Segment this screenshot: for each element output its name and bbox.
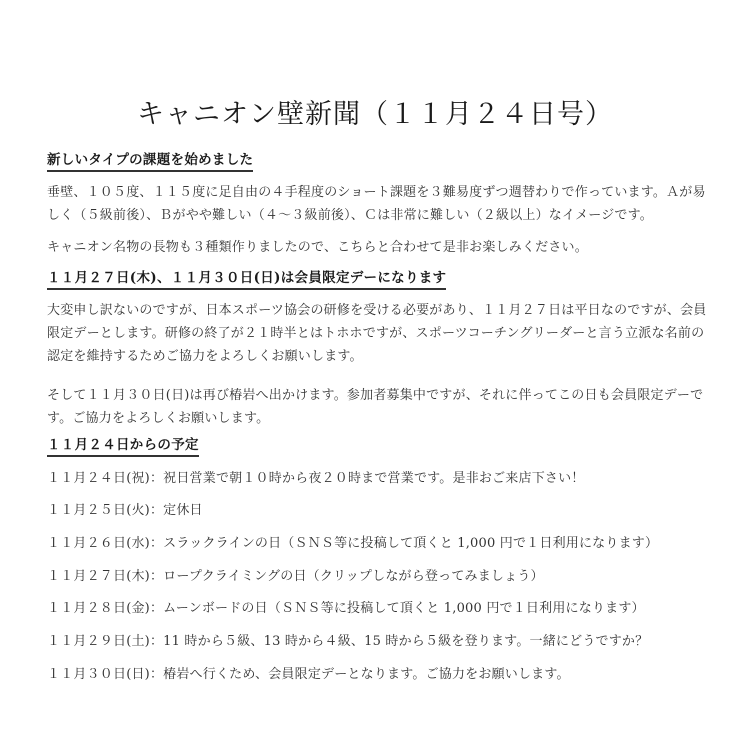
section-heading-new-problems: 新しいタイプの課題を始めました	[47, 152, 253, 172]
schedule-item-nov27: １１月２７日(木)：ロープクライミングの日（クリップしながら登ってみましょう）	[47, 568, 544, 586]
schedule-item-nov30: １１月３０日(日)：椿岩へ行くため、会員限定デーとなります。ご協力をお願いします…	[47, 666, 570, 684]
schedule-item-nov24: １１月２４日(祝)：祝日営業で朝１０時から夜２０時まで営業です。是非おご来店下さ…	[47, 470, 585, 488]
paragraph-new-problems: 垂壁、１０５度、１１５度に足自由の４手程度のショート課題を３難易度ずつ週替わりで…	[47, 181, 707, 227]
newsletter-title: キャニオン壁新聞（１１月２４日号）	[0, 92, 750, 131]
schedule-item-nov28: １１月２８日(金)：ムーンボードの日（ＳＮＳ等に投稿して頂くと 1,000 円で…	[47, 600, 645, 618]
section-heading-members-only: １１月２７日(木)、１１月３０日(日)は会員限定デーになります	[47, 270, 446, 290]
paragraph-long-problems: キャニオン名物の長物も３種類作りましたので、こちらと合わせて是非お楽しみください…	[47, 236, 707, 259]
newsletter-page: キャニオン壁新聞（１１月２４日号） 新しいタイプの課題を始めました 垂壁、１０５…	[0, 0, 750, 750]
schedule-item-nov25: １１月２５日(火)：定休日	[47, 502, 203, 520]
schedule-item-nov26: １１月２６日(水)：スラックラインの日（ＳＮＳ等に投稿して頂くと 1,000 円…	[47, 535, 658, 553]
schedule-item-nov29: １１月２９日(土)：11 時から５級、13 時から４級、15 時から５級を登りま…	[47, 633, 648, 651]
paragraph-training-notice: 大変申し訳ないのですが、日本スポーツ協会の研修を受ける必要があり、１１月２７日は…	[47, 299, 707, 368]
section-heading-schedule: １１月２４日からの予定	[47, 437, 199, 457]
paragraph-tsubaki-trip: そして１１月３０日(日)は再び椿岩へ出かけます。参加者募集中ですが、それに伴って…	[47, 384, 707, 430]
